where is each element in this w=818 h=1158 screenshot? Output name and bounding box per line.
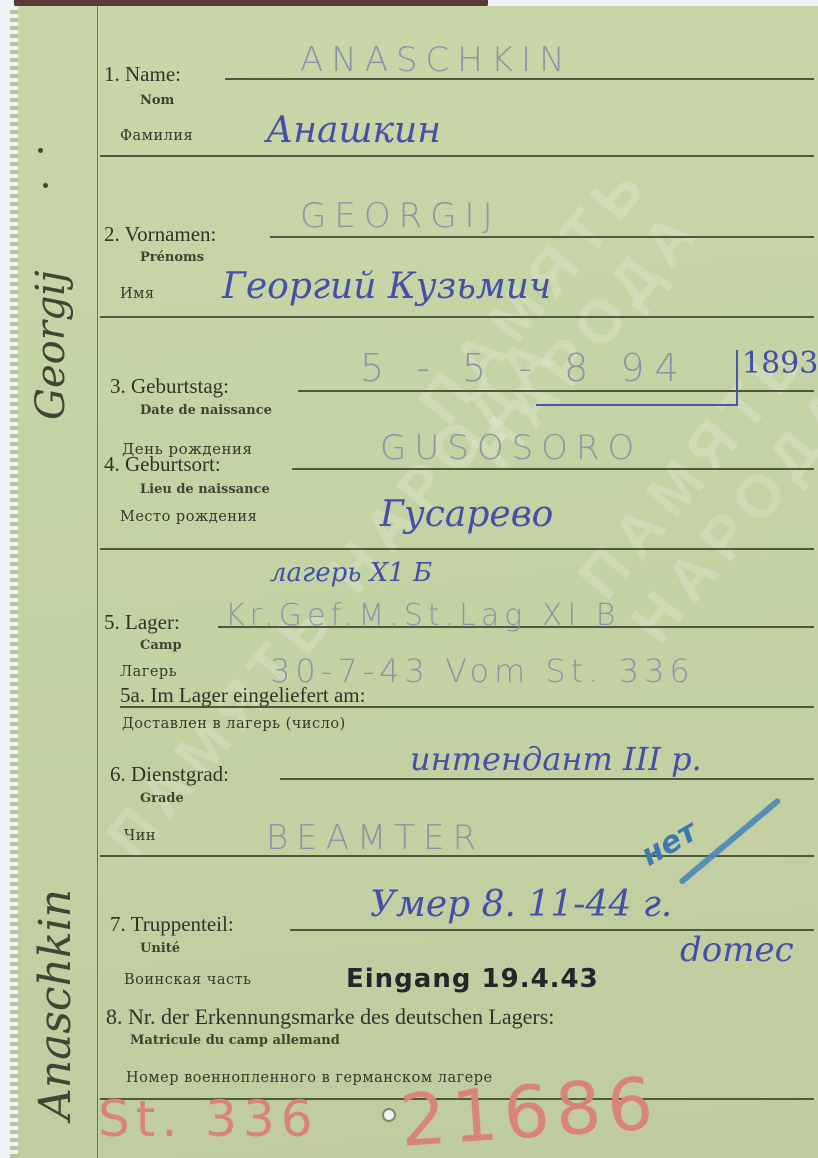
received-stamp: Eingang 19.4.43 xyxy=(346,964,599,994)
rank-label-ru: Чин xyxy=(124,828,156,844)
name-value-latin: ANASCHKIN xyxy=(300,40,573,80)
camp-label-fr: Camp xyxy=(140,638,182,653)
birth-date-value: 5 - 5 - 8 94 xyxy=(360,346,689,390)
first-name-label-fr: Prénoms xyxy=(140,250,204,265)
name-label-ru: Фамилия xyxy=(120,128,193,144)
birth-place-label-fr: Lieu de naissance xyxy=(140,482,270,497)
first-name-value-cyrillic: Георгий Кузьмич xyxy=(222,266,551,307)
ink-dot xyxy=(38,148,43,153)
unit-label-fr: Unité xyxy=(140,941,180,956)
birth-place-value-latin: GUSOSORO xyxy=(380,428,642,468)
rank-value-latin: BEAMTER xyxy=(266,818,484,858)
camp-label-ru: Лагерь xyxy=(120,664,177,680)
rank-value-cyrillic: интендант III р. xyxy=(410,740,702,778)
first-name-label: 2. Vornamen: xyxy=(104,222,216,247)
first-name-line xyxy=(270,236,814,238)
birth-place-line-2 xyxy=(100,548,814,550)
birth-place-label: 4. Geburtsort: xyxy=(104,452,221,477)
birth-date-correction: 1893 xyxy=(742,346,818,381)
first-name-label-ru: Имя xyxy=(120,286,155,302)
name-label-fr: Nom xyxy=(140,93,174,108)
tag-number-value: 21686 xyxy=(397,1061,661,1158)
unit-label-ru: Воинская часть xyxy=(124,972,252,988)
tag-number-label-fr: Matricule du camp allemand xyxy=(130,1033,340,1048)
punch-hole xyxy=(382,1108,396,1122)
birth-place-line xyxy=(292,468,814,470)
margin-note-first-name: Georgij xyxy=(28,270,74,420)
birth-place-label-ru: Место рождения xyxy=(120,509,257,525)
ink-underline xyxy=(536,404,738,406)
arrival-value: 30-7-43 Vom St. 336 xyxy=(270,652,695,690)
tag-number-prefix: St. 336 xyxy=(98,1090,319,1148)
unit-label: 7. Truppenteil: xyxy=(110,912,234,937)
rank-label: 6. Dienstgrad: xyxy=(110,762,229,787)
name-label: 1. Name: xyxy=(104,62,181,87)
camp-value: Kr.Gef.M.St.Lag XI B xyxy=(225,598,620,633)
unit-note: domec xyxy=(680,930,794,970)
tag-number-label: 8. Nr. der Erkennungsmarke des deutschen… xyxy=(106,1004,554,1030)
arrival-line xyxy=(120,706,814,708)
ink-dot xyxy=(43,183,48,188)
birth-place-value-cyrillic: Гусарево xyxy=(380,494,553,535)
margin-note-surname: Anaschkin xyxy=(30,889,81,1120)
margin-rule xyxy=(97,6,98,1158)
camp-label: 5. Lager: xyxy=(104,610,180,635)
first-name-line-2 xyxy=(100,316,814,318)
name-value-cyrillic: Анашкин xyxy=(266,110,441,151)
birth-date-label: 3. Geburtstag: xyxy=(110,374,229,399)
rank-line xyxy=(280,778,814,780)
name-line-2 xyxy=(100,155,814,157)
first-name-value-latin: GEORGIJ xyxy=(300,196,501,236)
birth-date-label-fr: Date de naissance xyxy=(140,403,272,418)
perforated-edge xyxy=(10,6,18,1158)
rank-label-fr: Grade xyxy=(140,791,184,806)
arrival-label-ru: Доставлен в лагерь (число) xyxy=(122,716,346,732)
ink-bracket xyxy=(736,350,738,406)
unit-value-cyrillic: Умер 8. 11-44 г. xyxy=(370,884,672,925)
camp-note-cyrillic: лагерь X1 Б xyxy=(270,558,432,588)
